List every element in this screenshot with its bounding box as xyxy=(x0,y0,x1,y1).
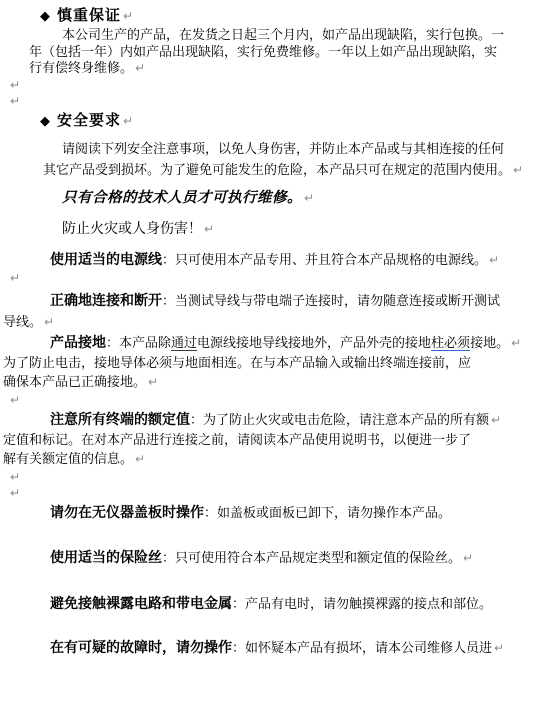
paragraph: 产品接地：本产品除通过电源线接地导线接地外，产品外壳的接地柱必须接地。↵为了防止… xyxy=(0,333,555,392)
body-text: 接地。 xyxy=(470,335,509,350)
paragraph-return-mark: ↵ xyxy=(487,253,499,267)
body-text: 年（包括一年）内如产品出现缺陷，实行免费维修。一年以上如产品出现缺陷，实 xyxy=(29,44,497,59)
body-text: ：只可使用本产品专用、并且符合本产品规格的电源线。 xyxy=(162,252,487,267)
paragraph-return-mark: ↵ xyxy=(133,452,145,466)
paragraph: 使用适当的电源线：只可使用本产品专用、并且符合本产品规格的电源线。↵ xyxy=(0,250,555,271)
text-line: 为了防止电击，接地导体必须与地面相连。在与本产品输入或输出终端连接前，应 xyxy=(0,353,555,372)
text-line: 请阅读下列安全注意事项，以免人身伤害，并防止本产品或与其相连接的任何 xyxy=(0,138,555,160)
body-text: 请阅读下列安全注意事项，以免人身伤害，并防止本产品或与其相连接的任何 xyxy=(62,141,504,156)
paragraph: 请阅读下列安全注意事项，以免人身伤害，并防止本产品或与其相连接的任何其它产品受到… xyxy=(0,138,555,182)
paragraph-return-mark: ↵ xyxy=(8,470,20,484)
text-line: 年（包括一年）内如产品出现缺陷，实行免费维修。一年以上如产品出现缺陷，实 xyxy=(0,44,555,61)
label-text: 正确地连接和断开 xyxy=(50,292,162,308)
body-text: ：产品有电时，请勿触摸裸露的接点和部位。 xyxy=(232,596,492,611)
paragraph: 使用适当的保险丝：只可使用符合本产品规定类型和额定值的保险丝。↵ xyxy=(0,548,555,568)
text-line: 使用适当的保险丝：只可使用符合本产品规定类型和额定值的保险丝。↵ xyxy=(0,548,555,568)
paragraph: ↵ xyxy=(0,270,555,286)
paragraph: 在有可疑的故障时，请勿操作：如怀疑本产品有损坏，请本公司维修人员进↵ xyxy=(0,638,555,658)
body-text: ：当测试导线与带电端子连接时，请勿随意连接或断开测试 xyxy=(162,293,500,308)
paragraph-return-mark: ↵ xyxy=(511,163,523,177)
paragraph-return-mark: ↵ xyxy=(121,9,133,23)
label-text: 使用适当的电源线 xyxy=(50,251,162,267)
body-text: ：本产品除 xyxy=(106,335,171,350)
body-text: 电源线接地导线接地外，产品外壳的接地 xyxy=(197,335,431,350)
text-line: 请勿在无仪器盖板时操作：如盖板或面板已卸下，请勿操作本产品。 xyxy=(0,503,555,522)
section-heading: ◆慎重保证↵ xyxy=(0,6,555,27)
paragraph: ↵ xyxy=(0,392,555,408)
text-line: 其它产品受到损坏。为了避免可能发生的危险，本产品只可在规定的范围内使用。↵ xyxy=(0,159,555,182)
label-text: 产品接地 xyxy=(50,334,106,350)
paragraph-return-mark: ↵ xyxy=(42,315,54,329)
text-line: ↵ xyxy=(0,469,555,485)
text-line: 解有关额定值的信息。↵ xyxy=(0,449,555,469)
paragraph: 请勿在无仪器盖板时操作：如盖板或面板已卸下，请勿操作本产品。 xyxy=(0,503,555,522)
body-text: 确保本产品已正确接地。 xyxy=(3,374,146,389)
paragraph-return-mark: ↵ xyxy=(202,222,214,236)
warning-text: 防止火灾或人身伤害！ xyxy=(62,220,202,236)
paragraph: 只有合格的技术人员才可执行维修。↵ xyxy=(0,189,555,207)
text-line: 使用适当的电源线：只可使用本产品专用、并且符合本产品规格的电源线。↵ xyxy=(0,250,555,271)
text-line: ↵ xyxy=(0,392,555,408)
paragraph: ↵ xyxy=(0,485,555,501)
label-text: 避免接触裸露电路和带电金属 xyxy=(50,595,232,611)
paragraph-return-mark: ↵ xyxy=(8,271,20,285)
heading-text: 慎重保证 xyxy=(57,7,121,24)
text-line: ◆慎重保证↵ xyxy=(0,6,555,27)
text-line: ↵ xyxy=(0,485,555,501)
text-line: 注意所有终端的额定值：为了防止火灾或电击危险，请注意本产品的所有额↵ xyxy=(0,410,555,430)
body-text: ：如盖板或面板已卸下，请勿操作本产品。 xyxy=(204,505,451,520)
grammar-underlined-text: 柱必须 xyxy=(431,335,470,351)
body-text: ：只可使用符合本产品规定类型和额定值的保险丝。 xyxy=(162,550,461,565)
body-text: 本公司生产的产品，在发货之日起三个月内，如产品出现缺陷，实行包换。一 xyxy=(62,27,504,42)
text-line: ↵ xyxy=(0,77,555,93)
paragraph-return-mark: ↵ xyxy=(509,336,521,350)
diamond-bullet-icon: ◆ xyxy=(40,9,57,24)
paragraph-return-mark: ↵ xyxy=(302,191,314,205)
label-text: 使用适当的保险丝 xyxy=(50,549,162,565)
text-line: 行有偿终身维修。↵ xyxy=(0,60,555,77)
paragraph-return-mark: ↵ xyxy=(489,413,501,427)
paragraph-return-mark: ↵ xyxy=(461,551,473,565)
paragraph: ↵ xyxy=(0,77,555,93)
body-text: 为了防止电击，接地导体必须与地面相连。在与本产品输入或输出终端连接前，应 xyxy=(3,355,471,370)
italic-warning-text: 只有合格的技术人员才可执行维修。 xyxy=(62,190,302,206)
paragraph-return-mark: ↵ xyxy=(8,486,20,500)
paragraph: 注意所有终端的额定值：为了防止火灾或电击危险，请注意本产品的所有额↵定值和标记。… xyxy=(0,410,555,469)
paragraph: ↵ xyxy=(0,469,555,485)
text-line: 产品接地：本产品除通过电源线接地导线接地外，产品外壳的接地柱必须接地。↵ xyxy=(0,333,555,353)
body-text: ：如怀疑本产品有损坏，请本公司维修人员进 xyxy=(232,640,492,655)
text-line: 避免接触裸露电路和带电金属：产品有电时，请勿触摸裸露的接点和部位。 xyxy=(0,594,555,613)
label-text: 在有可疑的故障时，请勿操作 xyxy=(50,639,232,655)
paragraph-return-mark: ↵ xyxy=(8,94,20,108)
text-line: 定值和标记。在对本产品进行连接之前，请阅读本产品使用说明书，以便进一步了 xyxy=(0,430,555,449)
paragraph: 防止火灾或人身伤害！↵ xyxy=(0,219,555,238)
label-text: 请勿在无仪器盖板时操作 xyxy=(50,504,204,520)
paragraph: 避免接触裸露电路和带电金属：产品有电时，请勿触摸裸露的接点和部位。 xyxy=(0,594,555,613)
text-line: 正确地连接和断开：当测试导线与带电端子连接时，请勿随意连接或断开测试 xyxy=(0,290,555,311)
paragraph-return-mark: ↵ xyxy=(492,641,504,655)
text-line: ↵ xyxy=(0,93,555,109)
label-text: 注意所有终端的额定值 xyxy=(50,411,190,427)
text-line: ↵ xyxy=(0,270,555,286)
paragraph: ↵ xyxy=(0,93,555,109)
body-text: 其它产品受到损坏。为了避免可能发生的危险，本产品只可在规定的范围内使用。 xyxy=(43,162,511,177)
text-line: 确保本产品已正确接地。↵ xyxy=(0,372,555,392)
paragraph-return-mark: ↵ xyxy=(8,393,20,407)
text-line: ◆安全要求↵ xyxy=(0,111,555,132)
paragraph-return-mark: ↵ xyxy=(146,375,158,389)
paragraph-return-mark: ↵ xyxy=(121,114,133,128)
paragraph: 正确地连接和断开：当测试导线与带电端子连接时，请勿随意连接或断开测试导线。↵ xyxy=(0,290,555,333)
body-text: 解有关额定值的信息。 xyxy=(3,451,133,466)
text-line: 防止火灾或人身伤害！↵ xyxy=(0,219,555,238)
diamond-bullet-icon: ◆ xyxy=(40,114,57,129)
body-text: 行有偿终身维修。 xyxy=(29,60,133,75)
document-page: ◆慎重保证↵本公司生产的产品，在发货之日起三个月内，如产品出现缺陷，实行包换。一… xyxy=(0,0,555,705)
paragraph: 本公司生产的产品，在发货之日起三个月内，如产品出现缺陷，实行包换。一年（包括一年… xyxy=(0,27,555,77)
body-text: 导线。 xyxy=(3,314,42,329)
body-text: 定值和标记。在对本产品进行连接之前，请阅读本产品使用说明书，以便进一步了 xyxy=(3,432,471,447)
text-line: 导线。↵ xyxy=(0,311,555,333)
heading-text: 安全要求 xyxy=(57,112,121,129)
spellcheck-underlined-text: 通过 xyxy=(171,335,197,351)
text-line: 只有合格的技术人员才可执行维修。↵ xyxy=(0,189,555,207)
paragraph-return-mark: ↵ xyxy=(8,78,20,92)
text-line: 在有可疑的故障时，请勿操作：如怀疑本产品有损坏，请本公司维修人员进↵ xyxy=(0,638,555,658)
body-text: ：为了防止火灾或电击危险，请注意本产品的所有额 xyxy=(190,412,489,427)
section-heading: ◆安全要求↵ xyxy=(0,111,555,132)
text-line: 本公司生产的产品，在发货之日起三个月内，如产品出现缺陷，实行包换。一 xyxy=(0,27,555,44)
paragraph-return-mark: ↵ xyxy=(133,61,145,75)
